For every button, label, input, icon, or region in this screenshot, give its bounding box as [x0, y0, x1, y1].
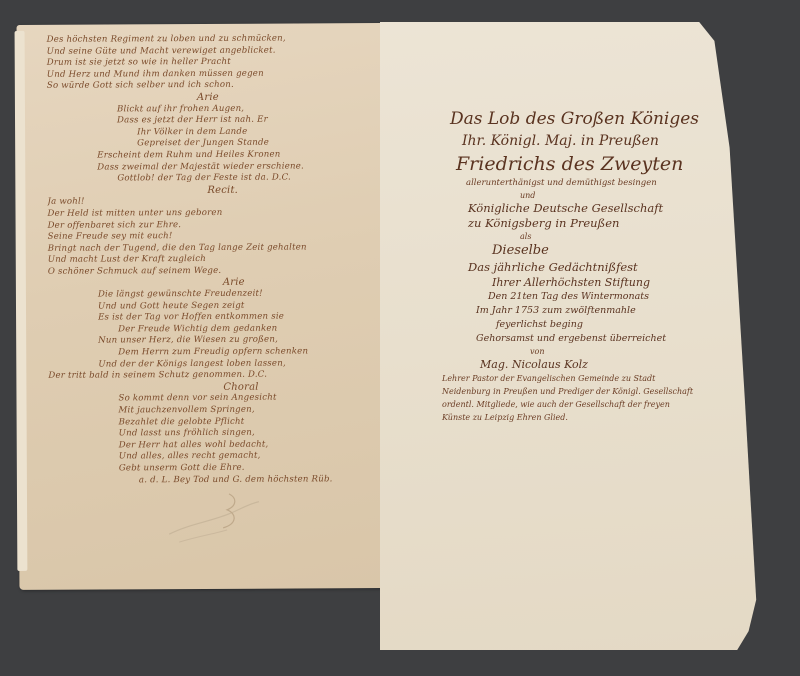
dedication-line: Im Jahr 1753 zum zwölftenmahle — [380, 304, 760, 318]
dedication-line: Gehorsamst und ergebenst überreichet — [380, 332, 760, 346]
right-manuscript-title-page: 1 Das Lob des Großen KönigesIhr. Königl.… — [380, 22, 760, 650]
credential-line: Neidenburg in Preußen und Prediger der K… — [380, 385, 760, 398]
author-name: Mag. Nicolaus Kolz — [380, 357, 760, 372]
dedication-block: Den 21ten Tag des WintermonatsIm Jahr 17… — [380, 290, 760, 346]
dedication-line: Den 21ten Tag des Wintermonats — [380, 290, 760, 304]
title-page-text: Das Lob des Großen KönigesIhr. Königl. M… — [380, 22, 760, 424]
title-line: Ihrer Allerhöchsten Stiftung — [380, 275, 760, 290]
title-line: Friedrichs des Zweyten — [380, 151, 760, 177]
credential-line: Künste zu Leipzig Ehren Glied. — [380, 411, 760, 424]
title-line: als — [380, 231, 760, 242]
ink-flourish-icon — [159, 484, 279, 545]
title-line: zu Königsberg in Preußen — [380, 216, 760, 231]
title-line: Königliche Deutsche Gesellschaft — [380, 201, 760, 216]
title-line: Dieselbe — [380, 242, 760, 260]
dedication-line: feyerlichst beging — [380, 318, 760, 332]
left-manuscript-page: Des höchsten Regiment zu loben und zu sc… — [17, 23, 386, 590]
credential-line: ordentl. Mitgliede, wie auch der Gesells… — [380, 398, 760, 411]
credential-line: Lehrer Pastor der Evangelischen Gemeinde… — [380, 372, 760, 385]
folio-number: 1 — [726, 58, 733, 71]
author-credentials: Lehrer Pastor der Evangelischen Gemeinde… — [380, 372, 760, 424]
title-line: Ihr. Königl. Maj. in Preußen — [380, 131, 760, 151]
title-block: Das Lob des Großen KönigesIhr. Königl. M… — [380, 107, 760, 290]
title-line: und — [380, 190, 760, 201]
title-line: allerunterthänigst und demüthigst besing… — [380, 177, 760, 190]
left-page-text: Des höchsten Regiment zu loben und zu sc… — [17, 23, 385, 487]
title-line: Das Lob des Großen Königes — [380, 107, 760, 131]
title-line: Das jährliche Gedächtnißfest — [380, 260, 760, 275]
von-label: von — [380, 346, 760, 357]
